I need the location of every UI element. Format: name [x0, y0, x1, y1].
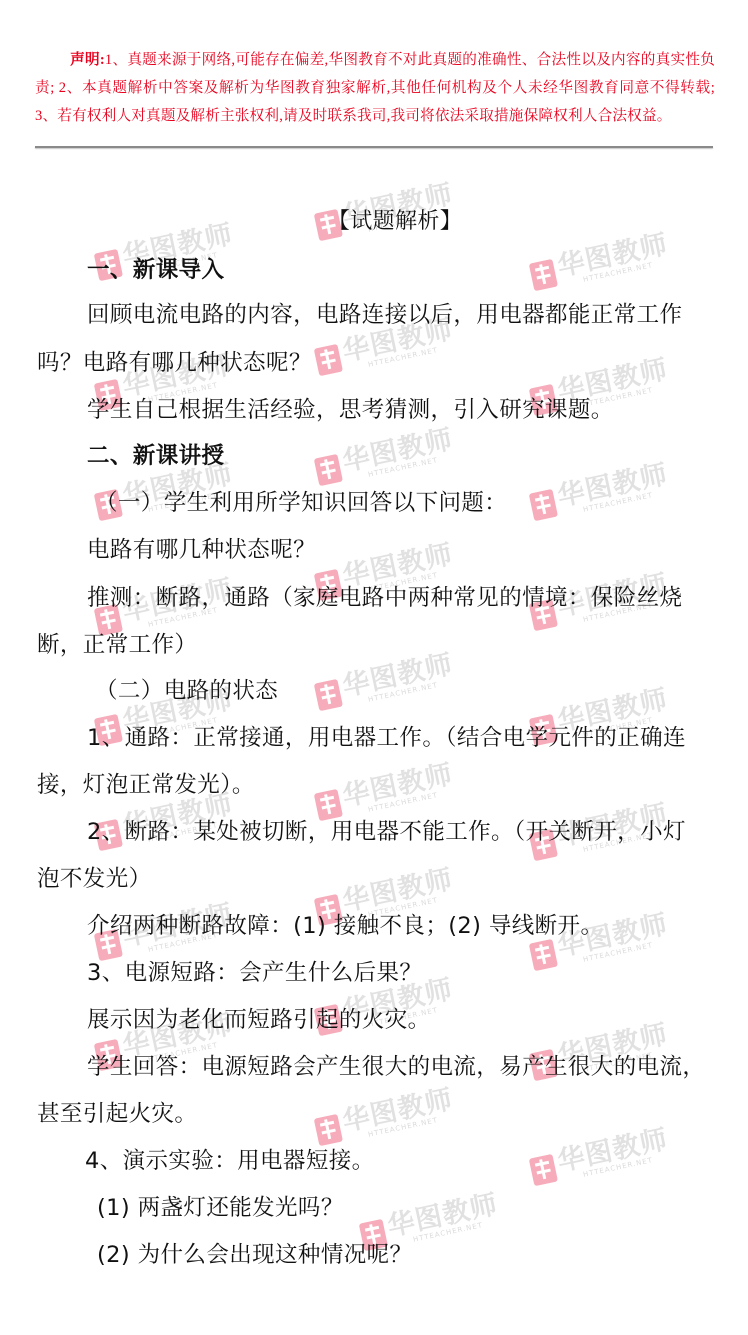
- section-title: 【试题解析】: [0, 204, 748, 235]
- paragraph: 1、通路：正常接通，用电器工作。（结合电学元件的正确连: [87, 720, 686, 752]
- heading-new-lesson-intro: 一、新课导入: [87, 252, 224, 284]
- paragraph: 2、断路：某处被切断，用电器不能工作。（开关断开，小灯: [87, 814, 686, 846]
- paragraph: 4、演示实验：用电器短接。: [85, 1143, 375, 1175]
- paragraph: 学生回答：电源短路会产生很大的电流，易产生很大的电流，: [87, 1049, 705, 1081]
- paragraph: 电路有哪几种状态呢？: [87, 532, 316, 564]
- sub-heading: （二）电路的状态: [95, 673, 278, 705]
- paragraph: 回顾电流电路的内容，电路连接以后，用电器都能正常工作: [87, 297, 682, 329]
- paragraph-continuation: 接，灯泡正常发光）。: [37, 767, 255, 799]
- sub-item: (2) 为什么会出现这种情况呢？: [97, 1237, 412, 1269]
- paragraph-continuation: 泡不发光）: [37, 861, 152, 893]
- paragraph: 3、电源短路：会产生什么后果？: [87, 955, 422, 987]
- sub-item: (1) 两盏灯还能发光吗？: [97, 1190, 344, 1222]
- paragraph: 展示因为老化而短路引起的火灾。: [87, 1002, 431, 1034]
- paragraph: 推测：断路，通路（家庭电路中两种常见的情境：保险丝烧: [87, 580, 682, 612]
- paragraph: 介绍两种断路故障：(1) 接触不良；(2) 导线断开。: [87, 908, 603, 940]
- paragraph: 学生自己根据生活经验，思考猜测，引入研究课题。: [87, 392, 614, 424]
- paragraph-continuation: 吗？电路有哪几种状态呢？: [37, 345, 312, 377]
- paragraph-continuation: 断，正常工作）: [37, 627, 197, 659]
- sub-heading: （一）学生利用所学知识回答以下问题：: [95, 485, 507, 517]
- heading-new-lesson-teaching: 二、新课讲授: [87, 438, 224, 470]
- document-body: 【试题解析】 一、新课导入 回顾电流电路的内容，电路连接以后，用电器都能正常工作…: [0, 0, 748, 1335]
- paragraph-continuation: 甚至引起火灾。: [37, 1096, 197, 1128]
